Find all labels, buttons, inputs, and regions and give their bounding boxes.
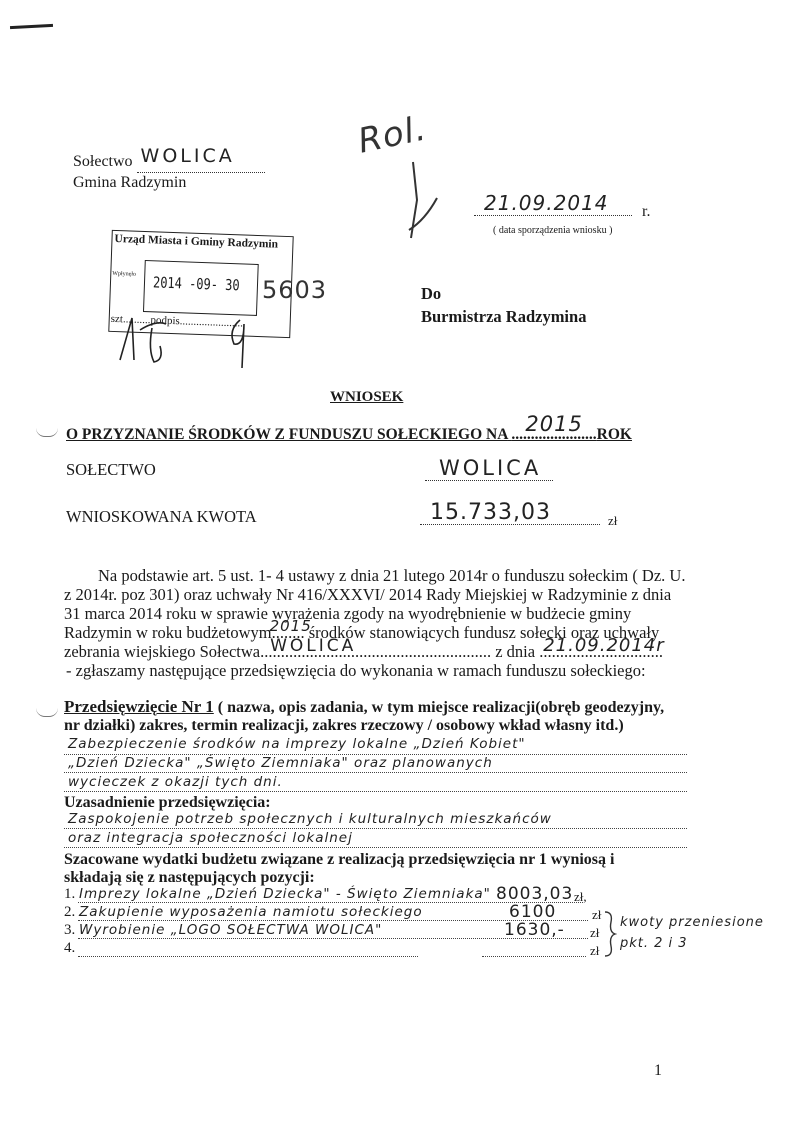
intro-line5-mid: z dnia [495, 642, 535, 661]
date-block: 21.09.2014 r. [474, 195, 650, 221]
costs-line-2: składają się z następujących pozycji: [64, 869, 315, 887]
project-desc-handwritten-2: „Dzień Dziecka" „Święto Ziemniaka" oraz … [68, 755, 493, 771]
intro-year-handwritten: 2015 [270, 617, 312, 636]
intro-solectwo-handwritten: WOLICA [270, 637, 356, 656]
position-amount: 1630,- [504, 920, 565, 940]
gmina-label: Gmina Radzymin [73, 173, 265, 193]
brace-mark [603, 910, 617, 960]
position-unit: zł [592, 907, 601, 923]
field-kwota-value: 15.733,03 zł [420, 502, 617, 530]
date-caption: ( data sporządzenia wniosku ) [493, 225, 612, 236]
dotted-line [64, 772, 687, 773]
stamp-date-box: 2014 -09- 30 [143, 260, 259, 316]
annotation-rol: Rol. [355, 108, 431, 161]
solectwo-label: Sołectwo [73, 153, 133, 170]
position-row: 1. Imprezy lokalne „Dzień Dziecka" - Świ… [64, 886, 684, 903]
field-solectwo-value: WOLICA [425, 458, 553, 486]
field-solectwo-label: SOŁECTWO [66, 460, 156, 480]
dotted-line [78, 938, 588, 939]
document-title: WNIOSEK [330, 389, 403, 406]
project-header: Przedsięwzięcie Nr 1 ( nazwa, opis zadan… [64, 697, 664, 717]
position-unit: zł [590, 925, 599, 941]
stamp-received-label: Wpłynęło [112, 271, 136, 278]
position-number: 4. [64, 940, 75, 956]
margin-mark [36, 708, 58, 717]
intro-line5-prefix: zebrania wiejskiego Sołectwa [64, 642, 260, 661]
dotted-line [482, 956, 586, 957]
dotted-line [78, 902, 583, 903]
page-number: 1 [654, 1062, 662, 1080]
intro-line-6: - zgłaszamy następujące przedsięwzięcia … [66, 661, 646, 680]
subtitle-year: 2015 [525, 412, 582, 436]
position-row: 2. Zakupienie wyposażenia namiotu sołeck… [64, 904, 684, 921]
intro-line-5: zebrania wiejskiego Sołectwa............… [64, 642, 663, 661]
stamp-office: Urząd Miasta i Gminy Radzymin [114, 233, 278, 251]
stamp-date: 2014 -09- 30 [153, 273, 240, 294]
position-row: 4. zł [64, 940, 684, 957]
justification-label: Uzasadnienie przedsięwzięcia: [64, 794, 271, 812]
date-suffix: r. [642, 203, 650, 220]
solectwo-handwritten: WOLICA [141, 146, 235, 166]
project-desc-handwritten-1: Zabezpieczenie środków na imprezy lokaln… [68, 736, 526, 752]
position-amount: 8003,03 [496, 884, 573, 904]
project-desc-2: nr działki) zakres, termin realizacji, z… [64, 717, 624, 735]
justification-handwritten-2: oraz integracja społeczności lokalnej [68, 830, 353, 846]
sender-block: Sołectwo WOLICA Gmina Radzymin [73, 152, 265, 193]
intro-line-3: 31 marca 2014 roku w sprawie wyrażenia z… [64, 604, 631, 623]
project-desc-1: ( nazwa, opis zadania, w tym miejsce rea… [218, 699, 664, 716]
intro-line-2: z 2014r. poz 301) oraz uchwały Nr 416/XX… [64, 585, 671, 604]
solectwo-value-handwritten: WOLICA [439, 456, 541, 480]
addressee: Do Burmistrza Radzymina [421, 282, 586, 328]
field-kwota-label: WNIOSKOWANA KWOTA [66, 507, 257, 527]
intro-line4-prefix: Radzymin w roku budżetowym [64, 623, 272, 642]
kwota-unit: zł [608, 513, 617, 528]
subtitle-suffix: ROK [597, 426, 632, 443]
subtitle-prefix: O PRZYZNANIE ŚRODKÓW Z FUNDUSZU SOŁECKIE… [66, 426, 508, 443]
project-desc-handwritten-3: wycieczek z okazji tych dni. [68, 774, 283, 790]
position-row: 3. Wyrobienie „LOGO SOŁECTWA WOLICA" 163… [64, 922, 684, 939]
position-text: Imprezy lokalne „Dzień Dziecka" - Święto… [79, 886, 491, 902]
position-text: Wyrobienie „LOGO SOŁECTWA WOLICA" [79, 922, 382, 938]
scan-mark [10, 24, 53, 29]
side-note-1: kwoty przeniesione [620, 915, 764, 930]
addressee-line2: Burmistrza Radzymina [421, 305, 586, 328]
dotted-line [78, 956, 418, 957]
stamp-signatures [110, 310, 270, 370]
justification-handwritten-1: Zaspokojenie potrzeb społecznych i kultu… [68, 811, 552, 827]
intro-line-1: Na podstawie art. 5 ust. 1- 4 ustawy z d… [98, 566, 685, 585]
registry-number: 5603 [262, 276, 327, 304]
dotted-line [64, 791, 687, 792]
intro-date-handwritten: 21.09.2014r [543, 636, 664, 655]
position-text: Zakupienie wyposażenia namiotu sołeckieg… [79, 904, 423, 920]
date-handwritten: 21.09.2014 [484, 191, 609, 215]
dotted-line [64, 847, 687, 848]
addressee-line1: Do [421, 282, 586, 305]
position-unit: zł [590, 943, 599, 959]
position-number: 2. [64, 904, 75, 920]
margin-mark [36, 428, 58, 437]
dotted-line [78, 920, 588, 921]
document-subtitle: O PRZYZNANIE ŚRODKÓW Z FUNDUSZU SOŁECKIE… [66, 426, 632, 444]
side-note-2: pkt. 2 i 3 [620, 936, 688, 951]
position-amount: 6100 [509, 902, 556, 922]
kwota-handwritten: 15.733,03 [430, 500, 551, 525]
project-title: Przedsięwzięcie Nr 1 [64, 697, 214, 716]
signature-mark [395, 160, 445, 240]
position-number: 3. [64, 922, 75, 938]
costs-line-1: Szacowane wydatki budżetu związane z rea… [64, 851, 614, 869]
position-number: 1. [64, 886, 75, 902]
dotted-line [64, 828, 687, 829]
